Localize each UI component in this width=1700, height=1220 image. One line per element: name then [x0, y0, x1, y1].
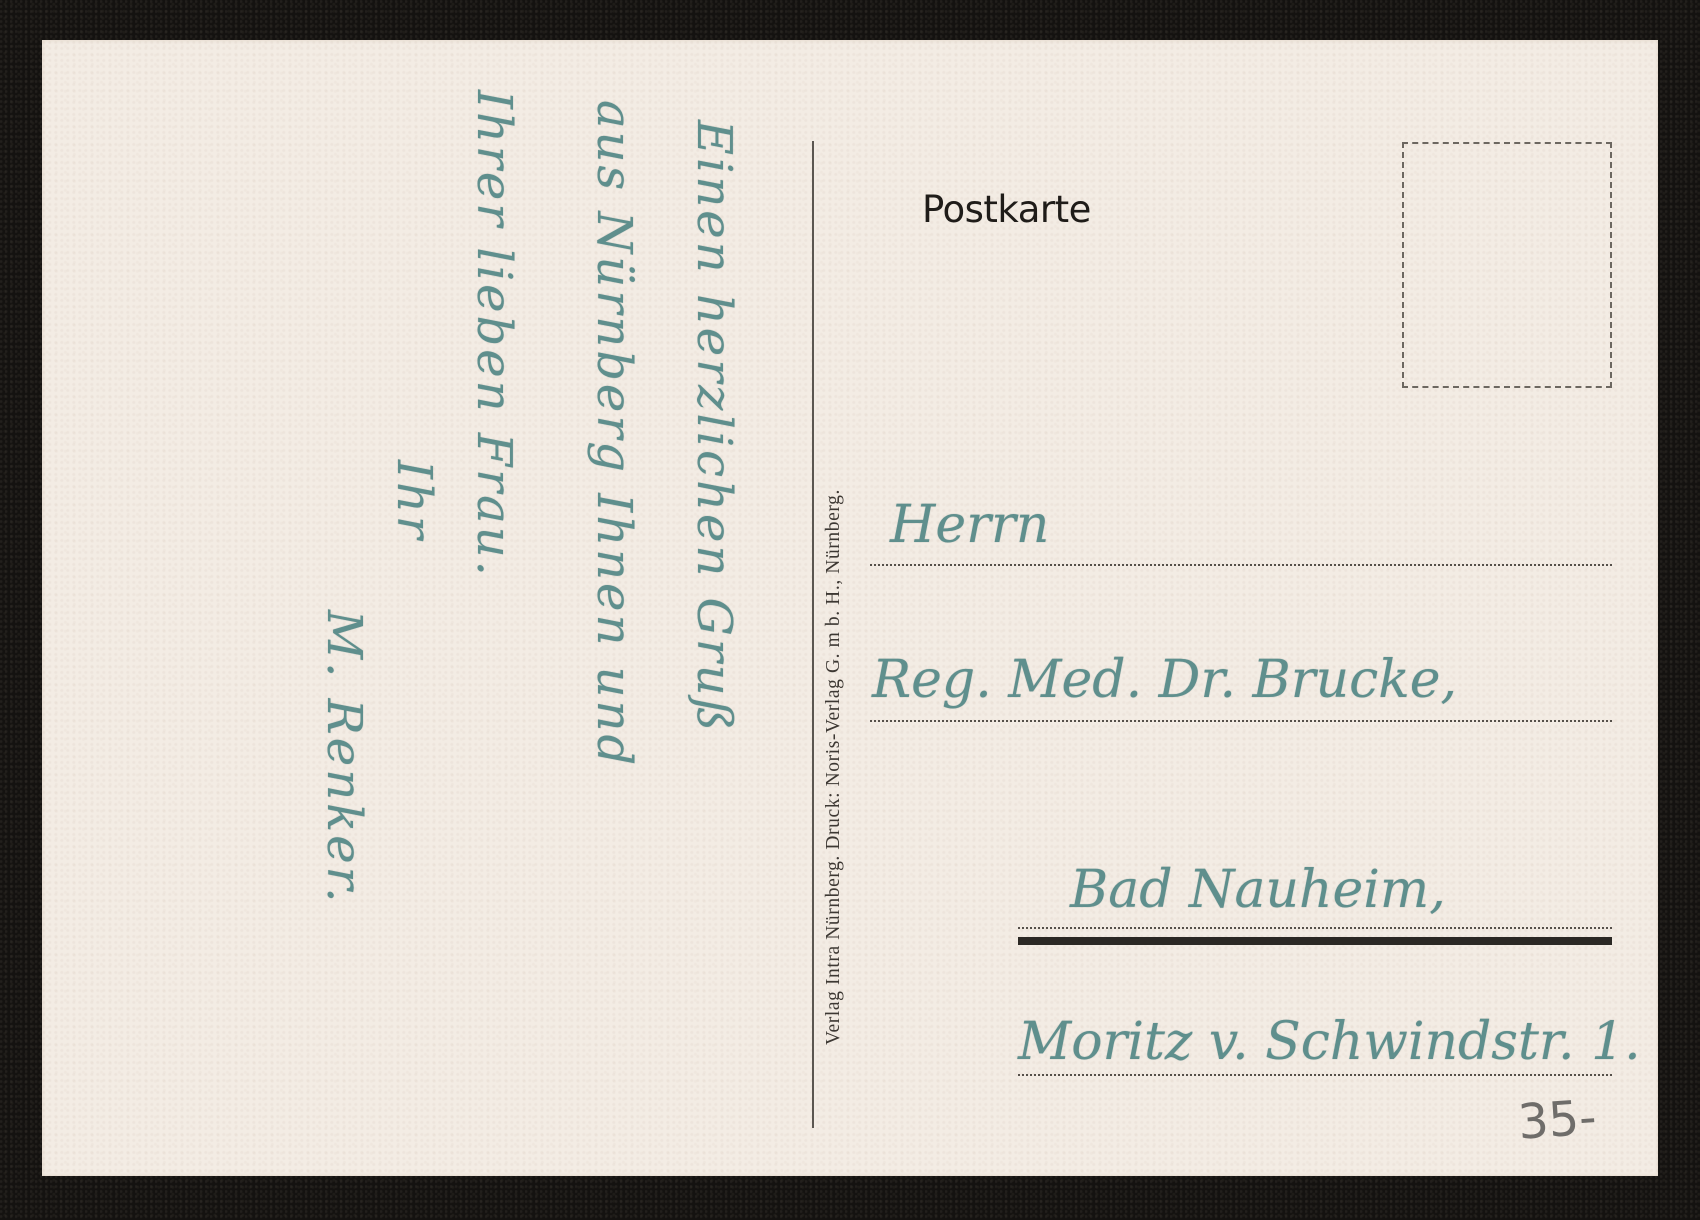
address-line-4: Moritz v. Schwindstr. 1.: [1018, 1012, 1641, 1072]
address-line-2: Reg. Med. Dr. Brucke,: [872, 650, 1457, 710]
address-line-1: Herrn: [890, 495, 1049, 555]
address-rule-3: [1018, 927, 1612, 929]
publisher-imprint: Verlag Intra Nürnberg. Druck: Noris-Verl…: [823, 489, 845, 1045]
message-line-2: aus Nürnberg Ihnen und: [586, 100, 642, 768]
postcard: Einen herzlichen Gruß aus Nürnberg Ihnen…: [42, 40, 1658, 1176]
center-divider: [812, 141, 814, 1128]
address-rule-1: [870, 564, 1612, 566]
pencil-price-note: 35-: [1516, 1089, 1598, 1150]
message-line-1: Einen herzlichen Gruß: [686, 120, 742, 734]
message-line-3: Ihrer lieben Frau.: [466, 90, 522, 579]
address-rule-4: [1018, 1074, 1612, 1076]
stamp-box: [1402, 142, 1612, 388]
message-closing: Ihr: [386, 460, 442, 542]
postcard-title: Postkarte: [922, 188, 1091, 231]
city-underline-bar: [1018, 937, 1612, 945]
address-line-3: Bad Nauheim,: [1070, 860, 1446, 920]
address-rule-2: [870, 720, 1612, 722]
message-signature: M. Renker.: [316, 610, 372, 906]
